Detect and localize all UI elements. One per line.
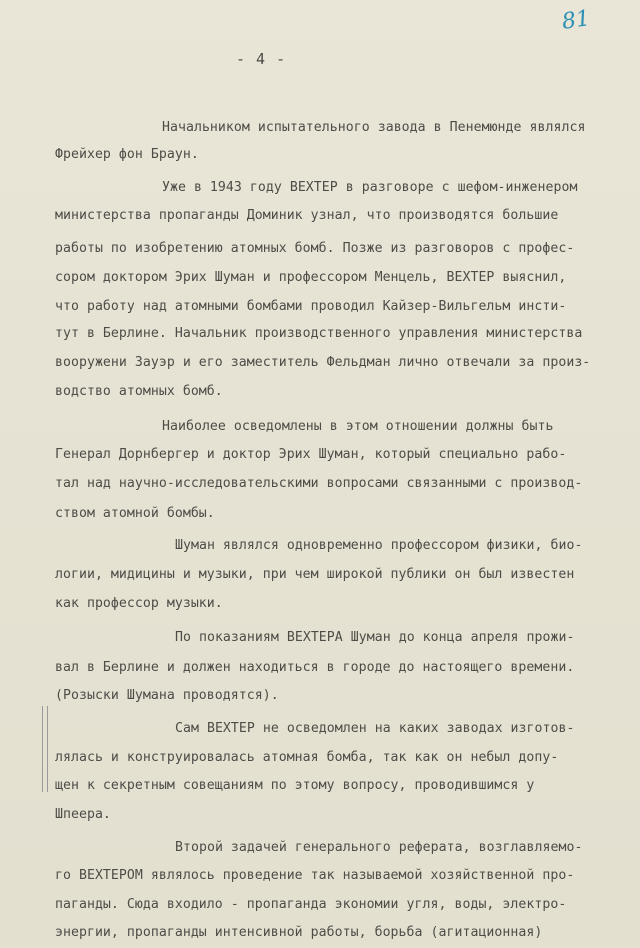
text-line: щен к секретным совещаниям по этому вопр… xyxy=(55,778,534,793)
text-line: ством атомной бомбы. xyxy=(55,506,215,521)
text-line: тут в Берлине. Начальник производственно… xyxy=(55,326,582,341)
text-line: вооружени Зауэр и его заместитель Фельдм… xyxy=(55,355,590,370)
text-line: Шпеера. xyxy=(55,807,111,822)
folio-number: 81 xyxy=(560,6,591,35)
text-line: Второй задачей генерального реферата, во… xyxy=(175,840,582,855)
text-line: логии, мидицины и музыки, при чем широко… xyxy=(55,567,574,582)
text-line: министерства пропаганды Доминик узнал, ч… xyxy=(55,208,558,223)
text-line: (Розыски Шумана проводятся). xyxy=(55,688,279,703)
text-line: лялась и конструировалась атомная бомба,… xyxy=(55,750,558,765)
text-line: как профессор музыки. xyxy=(55,596,223,611)
text-line: Сам ВЕХТЕР не осведомлен на каких завода… xyxy=(175,721,574,736)
margin-pencil-mark xyxy=(42,706,48,792)
text-line: Фрейхер фон Браун. xyxy=(55,147,199,162)
text-line: По показаниям ВЕХТЕРА Шуман до конца апр… xyxy=(175,630,574,645)
text-line: что работу над атомными бомбами проводил… xyxy=(55,299,566,314)
text-line: тал над научно-исследовательскими вопрос… xyxy=(55,476,582,491)
text-line: энергии, пропаганды интенсивной работы, … xyxy=(55,925,542,940)
page-number: - 4 - xyxy=(236,50,286,68)
text-line: водство атомных бомб. xyxy=(55,384,223,399)
text-line: Наиболее осведомлены в этом отношении до… xyxy=(162,419,554,434)
text-line: работы по изобретению атомных бомб. Позж… xyxy=(55,241,574,256)
text-line: паганды. Сюда входило - пропаганда эконо… xyxy=(55,897,566,912)
text-line: Шуман являлся одновременно профессором ф… xyxy=(175,538,582,553)
text-line: го ВЕХТЕРОМ являлось проведение так назы… xyxy=(55,868,574,883)
text-line: Начальником испытательного завода в Пене… xyxy=(162,120,585,135)
text-line: Генерал Дорнбергер и доктор Эрих Шуман, … xyxy=(55,447,566,462)
document-page: 81 - 4 - Начальником испытательного заво… xyxy=(0,0,640,948)
text-line: сором доктором Эрих Шуман и профессором … xyxy=(55,270,566,285)
text-line: Уже в 1943 году ВЕХТЕР в разговоре с шеф… xyxy=(162,180,577,195)
text-line: вал в Берлине и должен находиться в горо… xyxy=(55,660,574,675)
